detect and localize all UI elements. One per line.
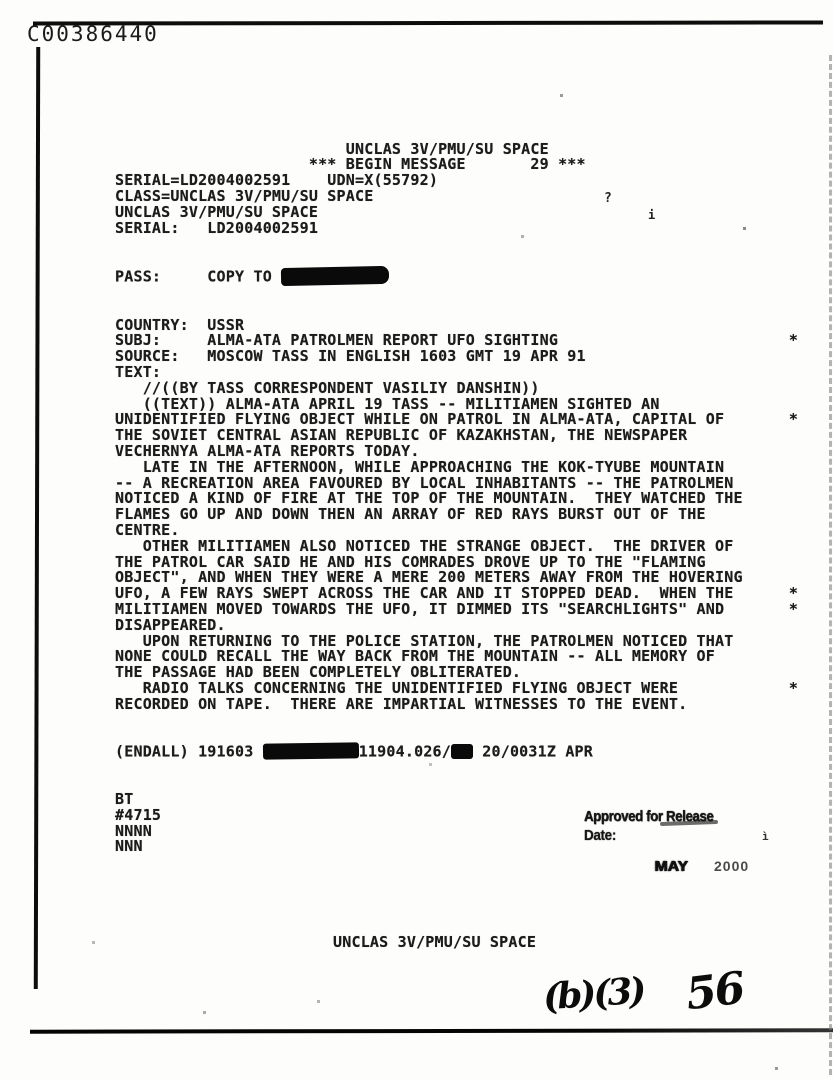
approval-stamp: Approved for Release Date: bbox=[584, 808, 731, 844]
doc-line-pass: PASS: COPY TO bbox=[115, 268, 825, 286]
doc-line: RECORDED ON TAPE. THERE ARE IMPARTIAL WI… bbox=[115, 697, 825, 713]
scan-artifact-mark: i bbox=[648, 208, 655, 222]
doc-line: SERIAL: LD2004002591 bbox=[115, 221, 825, 237]
endall-text-2: 11904.026/ bbox=[359, 743, 451, 761]
doc-line: BT bbox=[115, 792, 825, 808]
endall-text-3: 20/0031Z APR bbox=[473, 743, 593, 761]
scan-artifact-mark: ì bbox=[762, 830, 769, 843]
scan-bottom-border-line bbox=[30, 1028, 833, 1033]
scan-noise bbox=[0, 0, 1, 1]
document-body: UNCLAS 3V/PMU/SU SPACE *** BEGIN MESSAGE… bbox=[115, 110, 825, 871]
doc-line: FLAMES GO UP AND DOWN THEN AN ARRAY OF R… bbox=[115, 507, 825, 523]
scan-right-edge-line bbox=[829, 55, 832, 1075]
scan-artifact-mark: ? bbox=[604, 191, 612, 206]
foia-exemption-note: (b)(3) bbox=[542, 970, 645, 1019]
pass-label: PASS: COPY TO bbox=[115, 267, 281, 285]
doc-line: SOURCE: MOSCOW TASS IN ENGLISH 1603 GMT … bbox=[115, 349, 825, 365]
footer-classification: UNCLAS 3V/PMU/SU SPACE bbox=[333, 933, 536, 951]
stamp-month: MAY bbox=[654, 858, 688, 875]
handwritten-annotation: (b)(3) 56 bbox=[543, 966, 744, 1017]
doc-lines-header: UNCLAS 3V/PMU/SU SPACE *** BEGIN MESSAGE… bbox=[115, 142, 825, 237]
document-id: C00386440 bbox=[27, 22, 159, 46]
stamp-year: 2000 bbox=[714, 858, 749, 874]
scan-left-border-line bbox=[34, 47, 40, 989]
doc-lines-body: COUNTRY: USSRSUBJ: ALMA-ATA PATROLMEN RE… bbox=[115, 318, 825, 713]
redaction-bar bbox=[281, 266, 389, 286]
redaction-bar bbox=[451, 744, 473, 759]
stamp-ink-smear bbox=[660, 820, 718, 826]
stamp-date-label: Date: bbox=[584, 827, 716, 844]
scanned-document-page: { "page": { "doc_id": "C00386440" }, "me… bbox=[0, 0, 833, 1080]
endall-text-1: (ENDALL) 191603 bbox=[115, 743, 263, 761]
redaction-bar bbox=[263, 742, 359, 759]
doc-line-endall: (ENDALL) 191603 11904.026/ 20/0031Z APR bbox=[115, 744, 825, 760]
handwritten-number: 56 bbox=[684, 963, 747, 1021]
